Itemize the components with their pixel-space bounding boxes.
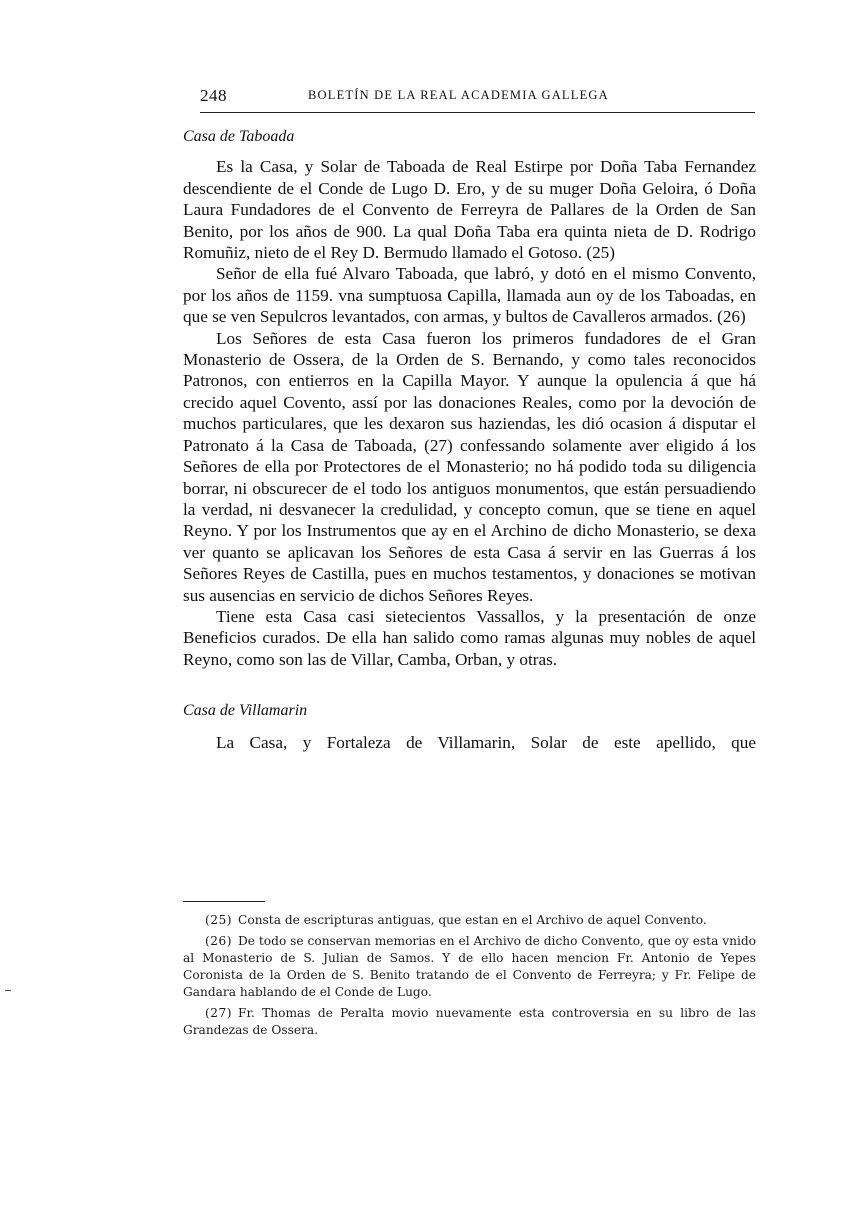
paragraph: Tiene esta Casa casi sietecientos Vassal… — [183, 606, 756, 670]
footnote-rule — [183, 901, 265, 902]
paragraph: Señor de ella fué Alvaro Taboada, que la… — [183, 263, 756, 327]
footnote-number: (25) — [205, 913, 232, 927]
page-number: 248 — [200, 86, 227, 106]
footnote-text: Consta de escripturas antiguas, que esta… — [238, 913, 707, 927]
footnote-25: (25)Consta de escripturas antiguas, que … — [183, 912, 756, 929]
footnote-text: Fr. Thomas de Peralta movio nuevamente e… — [183, 1006, 756, 1037]
section-gap — [183, 670, 756, 700]
footnote-26: (26)De todo se conservan memorias en el … — [183, 933, 756, 1001]
body-text: Casa de Taboada Es la Casa, y Solar de T… — [183, 126, 756, 753]
footnote-number: (26) — [205, 934, 232, 948]
document-page: 248 BOLETÍN DE LA REAL ACADEMIA GALLEGA … — [0, 0, 850, 1211]
section-title-taboada: Casa de Taboada — [183, 126, 756, 147]
footnote-text: De todo se conservan memorias en el Arch… — [183, 934, 756, 999]
footnote-27: (27)Fr. Thomas de Peralta movio nuevamen… — [183, 1005, 756, 1039]
header-rule — [200, 112, 755, 113]
running-head: BOLETÍN DE LA REAL ACADEMIA GALLEGA — [308, 88, 609, 103]
section-title-villamarin: Casa de Villamarin — [183, 700, 756, 721]
page-header: 248 BOLETÍN DE LA REAL ACADEMIA GALLEGA — [200, 86, 755, 110]
footnote-number: (27) — [205, 1006, 232, 1020]
paragraph: La Casa, y Fortaleza de Villamarin, Sola… — [183, 732, 756, 753]
footnotes: (25)Consta de escripturas antiguas, que … — [183, 912, 756, 1043]
scan-speck — [5, 990, 11, 991]
paragraph: Es la Casa, y Solar de Taboada de Real E… — [183, 156, 756, 263]
paragraph: Los Señores de esta Casa fueron los prim… — [183, 328, 756, 606]
